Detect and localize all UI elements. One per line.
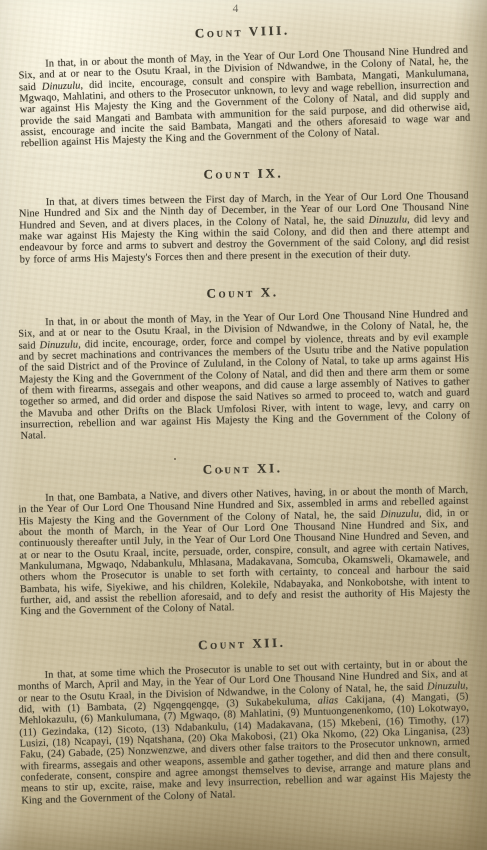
count-paragraph: In that, at divers times between the Fir… bbox=[19, 190, 470, 265]
count-section: Count XII.In that, at some time which th… bbox=[17, 630, 472, 807]
count-heading: Count IX. bbox=[18, 162, 468, 185]
count-text-segment: Dinuzulu bbox=[368, 214, 407, 226]
count-section: Count X.In that, in or about the month o… bbox=[17, 280, 470, 442]
counts-container: Count VIII.In that, in or about the mont… bbox=[0, 1, 487, 801]
count-text-segment: Dinuzulu bbox=[42, 80, 81, 92]
count-heading: Count X. bbox=[17, 280, 467, 305]
count-text-segment: Dinuzulu bbox=[380, 508, 419, 520]
count-section: Count VIII.In that, in or about the mont… bbox=[17, 17, 471, 151]
count-text-segment: , did incite, encourage, order, force an… bbox=[19, 331, 471, 442]
scanned-page: , did levy and make war against His Maje… bbox=[0, 0, 487, 850]
count-text-segment: , did incite, encourage, consult and con… bbox=[19, 67, 470, 150]
count-paragraph: In that, at some time which the Prosecut… bbox=[17, 658, 471, 807]
ink-speck bbox=[174, 458, 176, 460]
count-heading: Count XII. bbox=[17, 630, 467, 659]
count-section: Count XI.In that, one Bambata, a Native,… bbox=[18, 456, 471, 617]
count-paragraph: In that, in or about the month of May, i… bbox=[18, 45, 471, 151]
ink-speck bbox=[221, 470, 223, 472]
count-paragraph: In that, one Bambata, a Native, and dive… bbox=[18, 484, 470, 617]
ink-speck bbox=[420, 243, 423, 246]
count-paragraph: In that, in or about the month of May, i… bbox=[18, 308, 471, 442]
count-section: Count IX.In that, at divers times betwee… bbox=[18, 162, 469, 265]
count-text-segment: Dinuzulu bbox=[40, 339, 79, 351]
count-heading: Count VIII. bbox=[17, 17, 467, 48]
count-heading: Count XI. bbox=[18, 456, 468, 481]
